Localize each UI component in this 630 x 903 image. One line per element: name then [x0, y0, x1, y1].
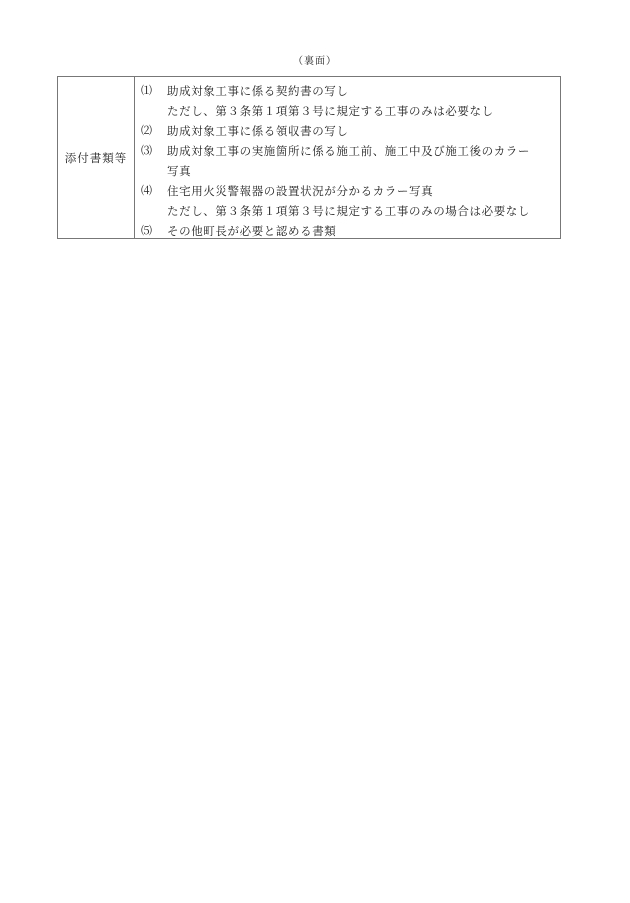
- item-text: その他町長が必要と認める書類: [167, 221, 336, 241]
- list-item-3: ⑶ 助成対象工事の実施箇所に係る施工前、施工中及び施工後のカラー: [135, 141, 560, 161]
- list-item-1: ⑴ 助成対象工事に係る契約書の写し: [135, 81, 560, 101]
- attachments-table: 添付書類等 ⑴ 助成対象工事に係る契約書の写し ただし、第３条第１項第３号に規定…: [57, 76, 561, 239]
- item-text: ただし、第３条第１項第３号に規定する工事のみは必要なし: [167, 101, 494, 121]
- page-side-label: （裏面）: [0, 52, 630, 67]
- attachments-list: ⑴ 助成対象工事に係る契約書の写し ただし、第３条第１項第３号に規定する工事のみ…: [135, 77, 560, 238]
- item-text: ただし、第３条第１項第３号に規定する工事のみの場合は必要なし: [167, 201, 530, 221]
- item-number: ⑴: [135, 81, 167, 101]
- item-number: ⑶: [135, 141, 167, 161]
- item-text: 住宅用火災警報器の設置状況が分かるカラー写真: [167, 181, 433, 201]
- attachments-label: 添付書類等: [58, 77, 135, 238]
- list-item-4-note: ただし、第３条第１項第３号に規定する工事のみの場合は必要なし: [135, 201, 560, 221]
- list-item-4: ⑷ 住宅用火災警報器の設置状況が分かるカラー写真: [135, 181, 560, 201]
- item-number: ⑷: [135, 181, 167, 201]
- item-text: 助成対象工事に係る領収書の写し: [167, 121, 349, 141]
- item-text: 助成対象工事に係る契約書の写し: [167, 81, 349, 101]
- list-item-3-cont: 写真: [135, 161, 560, 181]
- list-item-5: ⑸ その他町長が必要と認める書類: [135, 221, 560, 241]
- item-text: 助成対象工事の実施箇所に係る施工前、施工中及び施工後のカラー: [167, 141, 530, 161]
- item-number: ⑵: [135, 121, 167, 141]
- item-number: ⑸: [135, 221, 167, 241]
- item-text: 写真: [167, 161, 191, 181]
- list-item-2: ⑵ 助成対象工事に係る領収書の写し: [135, 121, 560, 141]
- list-item-1-note: ただし、第３条第１項第３号に規定する工事のみは必要なし: [135, 101, 560, 121]
